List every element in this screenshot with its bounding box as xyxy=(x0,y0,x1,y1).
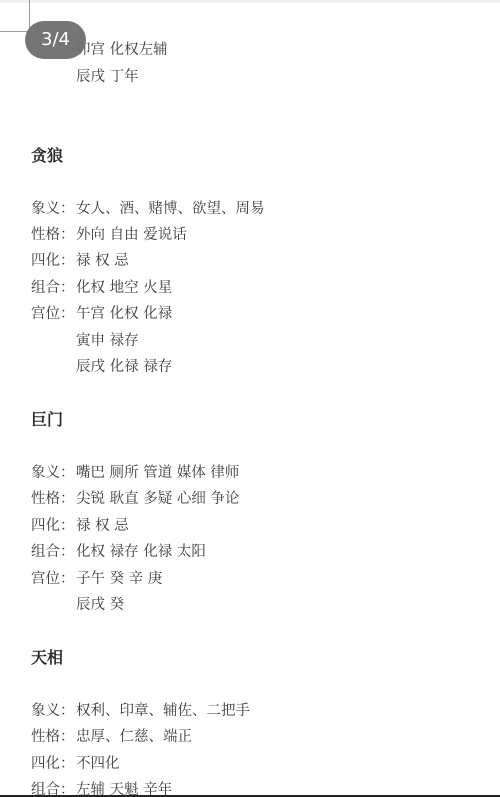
section-title: 巨门 xyxy=(31,407,63,430)
top-edge xyxy=(0,0,500,3)
section-row: 寅申 禄存 xyxy=(31,329,139,350)
row-label: 性格： xyxy=(31,223,76,244)
row-value: 子午 癸 辛 庚 xyxy=(76,567,162,588)
row-value: 不四化 xyxy=(76,752,120,773)
row-value: 辰戌 癸 xyxy=(76,593,124,614)
section-title: 贪狼 xyxy=(31,143,63,166)
section-row: 象义：权利、印章、辅佐、二把手 xyxy=(31,699,250,720)
row-value: 化权 禄存 化禄 太阳 xyxy=(76,540,206,561)
row-value: 寅申 禄存 xyxy=(76,329,139,350)
row-label: 象义： xyxy=(31,197,76,218)
section-row: 组合：化权 禄存 化禄 太阳 xyxy=(31,540,206,561)
section-row: 辰戌 化禄 禄存 xyxy=(31,355,172,376)
section-row: 性格：外向 自由 爱说话 xyxy=(31,223,187,244)
row-label: 组合： xyxy=(31,540,76,561)
section-title: 天相 xyxy=(31,645,63,668)
section-row: 象义：嘴巴 厕所 管道 媒体 律师 xyxy=(31,461,239,482)
row-value: 忠厚、仁慈、端正 xyxy=(76,725,192,746)
row-value: 女人、酒、赌博、欲望、周易 xyxy=(76,197,265,218)
row-value: 尖锐 耿直 多疑 心细 争论 xyxy=(76,487,239,508)
row-value: 外向 自由 爱说话 xyxy=(76,223,187,244)
row-value: 辰戌 丁年 xyxy=(76,65,139,86)
section-row: 四化：禄 权 忌 xyxy=(31,514,129,535)
row-label: 象义： xyxy=(31,461,76,482)
row-label: 宫位： xyxy=(31,567,76,588)
row-label: 四化： xyxy=(31,514,76,535)
row-label: 宫位： xyxy=(31,302,76,323)
row-value: 嘴巴 厕所 管道 媒体 律师 xyxy=(76,461,239,482)
prev-tail-line: 卯宫 化权左辅 xyxy=(76,38,168,59)
page-indicator-badge: 3/4 xyxy=(25,21,86,59)
row-value: 辰戌 化禄 禄存 xyxy=(76,355,172,376)
prev-tail-line: 辰戌 丁年 xyxy=(76,65,139,86)
row-value: 禄 权 忌 xyxy=(76,249,129,270)
row-label: 性格： xyxy=(31,487,76,508)
section-row: 宫位：午宫 化权 化禄 xyxy=(31,302,172,323)
row-value: 化权 地空 火星 xyxy=(76,276,172,297)
section-row: 辰戌 癸 xyxy=(31,593,124,614)
section-row: 四化：禄 权 忌 xyxy=(31,249,129,270)
row-value: 禄 权 忌 xyxy=(76,514,129,535)
section-row: 象义：女人、酒、赌博、欲望、周易 xyxy=(31,197,265,218)
section-row: 四化：不四化 xyxy=(31,752,120,773)
section-row: 性格：尖锐 耿直 多疑 心细 争论 xyxy=(31,487,239,508)
section-row: 宫位：子午 癸 辛 庚 xyxy=(31,567,162,588)
row-label: 性格： xyxy=(31,725,76,746)
row-label: 象义： xyxy=(31,699,76,720)
row-label: 四化： xyxy=(31,752,76,773)
row-label: 四化： xyxy=(31,249,76,270)
row-value: 权利、印章、辅佐、二把手 xyxy=(76,699,250,720)
row-value: 午宫 化权 化禄 xyxy=(76,302,172,323)
section-row: 性格：忠厚、仁慈、端正 xyxy=(31,725,192,746)
row-label: 组合： xyxy=(31,276,76,297)
section-row: 组合：化权 地空 火星 xyxy=(31,276,172,297)
row-value: 卯宫 化权左辅 xyxy=(76,38,168,59)
